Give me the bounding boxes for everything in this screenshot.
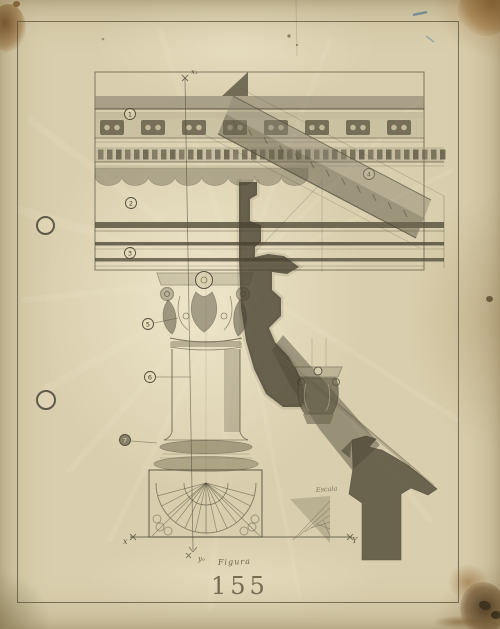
stain-top-left-speck [13,1,20,7]
punch-hole-top [36,216,55,235]
punch-hole-bottom [36,390,56,410]
speck-bottom-right [491,611,500,619]
blue-pencil-mark [413,12,427,15]
smear-bottom-edge [434,616,484,628]
scanned-page: 1 2 3 4 5 6 [0,0,500,629]
ruled-border [17,21,459,603]
speck-right-edge [486,296,493,302]
